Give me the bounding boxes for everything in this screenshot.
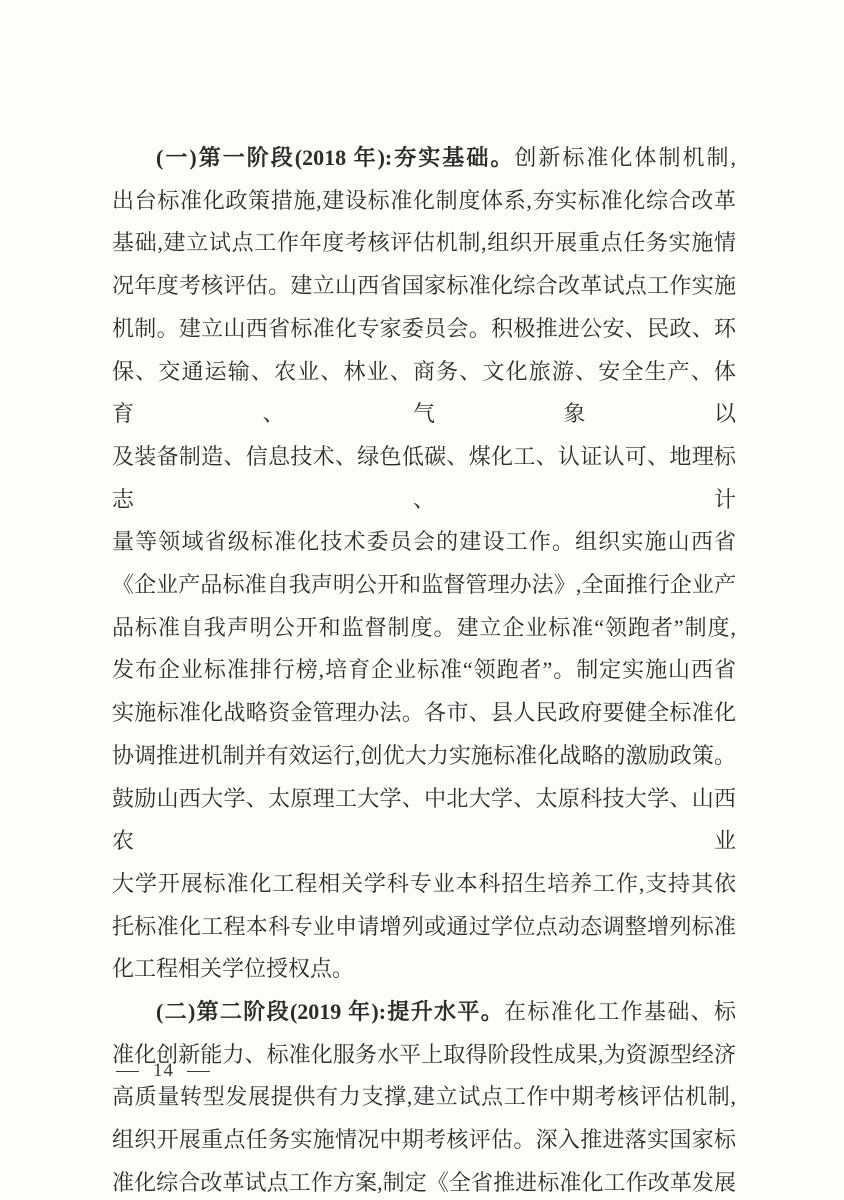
paragraph-line: (二)第二阶段(2019 年):提升水平。在标准化工作基础、标 bbox=[112, 991, 736, 1034]
paragraph-line: 量等领域省级标准化技术委员会的建设工作。组织实施山西省 bbox=[112, 521, 736, 564]
paragraph-line: 化工程相关学位授权点。 bbox=[112, 948, 736, 991]
paragraph-first-line-text: 在标准化工作基础、标 bbox=[504, 999, 736, 1024]
footer-dash-right: — bbox=[187, 1060, 211, 1082]
paragraph-line: 鼓励山西大学、太原理工大学、中北大学、太原科技大学、山西农业 bbox=[112, 778, 736, 863]
page-footer: — 14 — bbox=[118, 1060, 209, 1082]
paragraph-line: 保、交通运输、农业、林业、商务、文化旅游、安全生产、体育、气象以 bbox=[112, 351, 736, 436]
paragraph-line: 准化综合改革试点工作方案,制定《全省推进标准化工作改革发展 bbox=[112, 1162, 736, 1200]
paragraph-heading: (一)第一阶段(2018 年):夯实基础。 bbox=[156, 145, 514, 170]
paragraph-line: 组织开展重点任务实施情况中期考核评估。深入推进落实国家标 bbox=[112, 1119, 736, 1162]
paragraph-line: 协调推进机制并有效运行,创优大力实施标准化战略的激励政策。 bbox=[112, 735, 736, 778]
paragraph-line: 发布企业标准排行榜,培育企业标准“领跑者”。制定实施山西省 bbox=[112, 649, 736, 692]
paragraph-line: 出台标准化政策措施,建设标准化制度体系,夯实标准化综合改革 bbox=[112, 180, 736, 223]
footer-dash-left: — bbox=[116, 1060, 140, 1082]
paragraph-line: 大学开展标准化工程相关学科专业本科招生培养工作,支持其依 bbox=[112, 863, 736, 906]
paragraph-2: (二)第二阶段(2019 年):提升水平。在标准化工作基础、标准化创新能力、标准… bbox=[112, 991, 736, 1200]
paragraph-line: 况年度考核评估。建立山西省国家标准化综合改革试点工作实施 bbox=[112, 265, 736, 308]
paragraph-line: 《企业产品标准自我声明公开和监督管理办法》,全面推行企业产 bbox=[112, 564, 736, 607]
paragraph-line: 基础,建立试点工作年度考核评估机制,组织开展重点任务实施情 bbox=[112, 222, 736, 265]
paragraph-line: 实施标准化战略资金管理办法。各市、县人民政府要健全标准化 bbox=[112, 692, 736, 735]
paragraph-1: (一)第一阶段(2018 年):夯实基础。创新标准化体制机制,出台标准化政策措施… bbox=[112, 137, 736, 991]
paragraph-line: 机制。建立山西省标准化专家委员会。积极推进公安、民政、环 bbox=[112, 308, 736, 351]
paragraph-first-line-text: 创新标准化体制机制, bbox=[514, 145, 736, 170]
document-page: (一)第一阶段(2018 年):夯实基础。创新标准化体制机制,出台标准化政策措施… bbox=[0, 0, 844, 1200]
document-body: (一)第一阶段(2018 年):夯实基础。创新标准化体制机制,出台标准化政策措施… bbox=[112, 137, 736, 1200]
paragraph-heading: (二)第二阶段(2019 年):提升水平。 bbox=[156, 999, 504, 1024]
paragraph-line: 高质量转型发展提供有力支撑,建立试点工作中期考核评估机制, bbox=[112, 1076, 736, 1119]
paragraph-line: 及装备制造、信息技术、绿色低碳、煤化工、认证认可、地理标志、计 bbox=[112, 436, 736, 521]
page-number: 14 bbox=[153, 1060, 174, 1082]
paragraph-line: 品标准自我声明公开和监督制度。建立企业标准“领跑者”制度, bbox=[112, 607, 736, 650]
paragraph-line: 托标准化工程本科专业申请增列或通过学位点动态调整增列标准 bbox=[112, 906, 736, 949]
paragraph-line: (一)第一阶段(2018 年):夯实基础。创新标准化体制机制, bbox=[112, 137, 736, 180]
